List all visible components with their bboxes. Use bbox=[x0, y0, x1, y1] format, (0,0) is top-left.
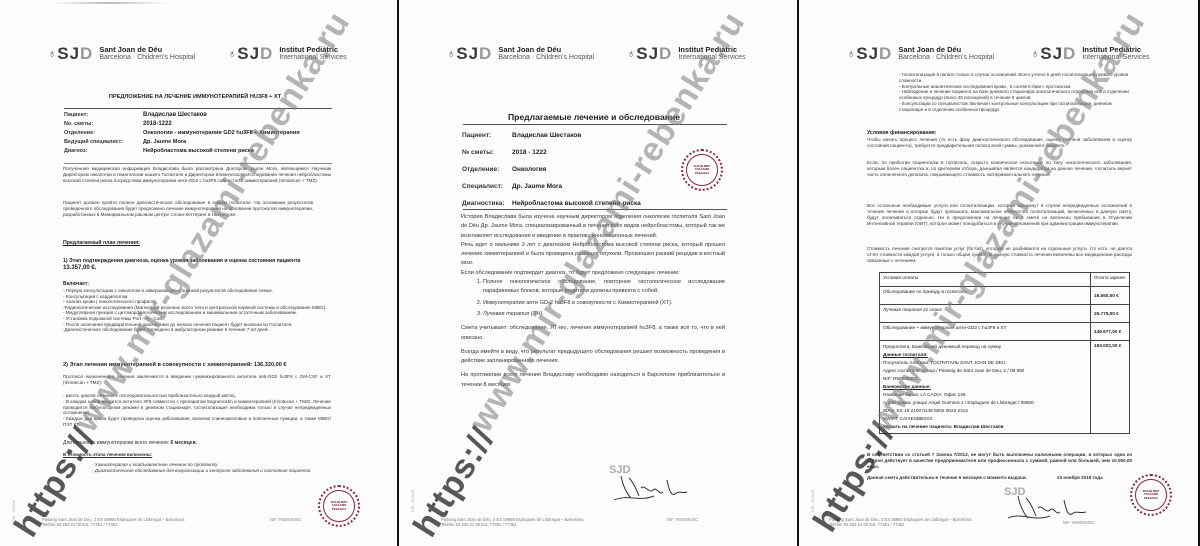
forfait-paragraph: Стоимость лечения считается пакетом услу… bbox=[867, 246, 1132, 264]
footer-nif: NIF: R5800645C bbox=[667, 517, 698, 522]
side-tag: SJD · 10/2018 bbox=[411, 490, 415, 512]
field-row: Диагноз:Нейробластома высокой степени ри… bbox=[64, 148, 300, 157]
footer-address: Passeig Sant Joan de Déu, 2 ES 08950 Esp… bbox=[441, 517, 583, 527]
includes-list: - Первую консультацию с онкологом и заве… bbox=[63, 288, 331, 333]
plan-heading: Предлагаемый план лечения: bbox=[63, 240, 140, 246]
sjd-logo-left: ♁ SJD Sant Joan de Déu Barcelona · Child… bbox=[847, 44, 994, 64]
stage2-items: - Шесть циклов лечения с последовательно… bbox=[63, 393, 331, 428]
sjd-emblem-icon: ♁ bbox=[48, 48, 56, 60]
patient-fields: Пациент:Владислав Шестаков № сметы:2018 … bbox=[462, 127, 641, 212]
payment-table: Условия оплаты: Оплата заранее Обследова… bbox=[879, 272, 1130, 434]
signature-scribble-icon bbox=[609, 466, 699, 506]
institute-sub: International Services bbox=[279, 54, 346, 62]
footer-nif: NIF: R5800645C bbox=[1063, 520, 1094, 525]
field-row: Отделение:Онкологии - иммунотерапия GD2 … bbox=[64, 130, 300, 139]
document-page-2: ♁ SJD Sant Joan de Déu Barcelona · Child… bbox=[399, 0, 797, 546]
sjd-emblem-icon: ♁ bbox=[847, 48, 855, 60]
page-title: ПРЕДЛОЖЕНИЕ НА ЛЕЧЕНИЕ ИММУНОТЕРАПИЕЙ HU… bbox=[60, 94, 330, 100]
intro-paragraph: Полученная медицинская информация Владис… bbox=[63, 166, 331, 184]
footer-nif: NIF: R5800645C bbox=[270, 517, 301, 522]
hospital-name: Sant Joan de Déu bbox=[99, 46, 195, 54]
footer-address: Passeig Sant Joan de Déu, 2 ES 08950 Esp… bbox=[829, 517, 971, 527]
sjd-logo-right: ♁ SJD Institut Pediàtric International S… bbox=[1031, 44, 1150, 64]
table-row-prepayment: Предоплата. Банковский денежный перевод … bbox=[879, 340, 1130, 434]
treatment-list: Полное онкологическое обследование, повт… bbox=[461, 278, 725, 319]
table-row: Обследование по приезду в госпиталь 16.5… bbox=[879, 286, 1130, 304]
sjd-logo-right: ♁ SJD Institut Pediàtric International S… bbox=[228, 44, 347, 64]
issue-date: 23 ноября 2018 года bbox=[1057, 475, 1137, 481]
field-row: Отделение:Онкология bbox=[462, 161, 641, 178]
divider bbox=[64, 163, 332, 164]
hospital-sub: Barcelona · Children's Hospital bbox=[99, 54, 195, 62]
diagnostic-paragraph: Пациент должен пройти полное диагностиче… bbox=[63, 200, 313, 218]
stage1-title: 1) Этап подтверждения диагноза, оценка у… bbox=[63, 258, 331, 264]
side-tag: SJD · 10/2018 bbox=[12, 500, 16, 522]
page-title: Предлагаемые лечение и обследование bbox=[459, 112, 729, 122]
field-row: No. сметы:2018-1222 bbox=[64, 121, 300, 130]
trial-paragraph: Если, по прибытии пациента/ки в госпитал… bbox=[867, 160, 1132, 178]
field-row: Пациент:Владислав Шестаков bbox=[64, 112, 300, 121]
divider bbox=[463, 209, 727, 210]
duration-line: Длительность иммунотерапии всего лечения… bbox=[63, 440, 331, 446]
cost-included-heading: В стоимость этапа лечения включены: bbox=[63, 452, 331, 458]
page-separator bbox=[397, 0, 399, 546]
table-row: Обследование + иммунотерапия анти-GD2 с … bbox=[879, 322, 1130, 340]
extra-costs-paragraph: Все остальные необходимые услуги или гос… bbox=[867, 203, 1132, 227]
body-text: История Владислава была изучена научным … bbox=[461, 213, 725, 390]
divider bbox=[463, 124, 727, 125]
scan-shadow bbox=[50, 2, 170, 4]
institute-name: Institut Pediàtric bbox=[279, 46, 346, 54]
patient-fields: Пациент:Владислав Шестаков No. сметы:201… bbox=[64, 112, 300, 157]
field-row: Ведущий специалист:Др. Jaume Mora bbox=[64, 139, 300, 148]
stage1-price: 13.357,00 €. bbox=[63, 265, 96, 271]
sjd-logo-left: ♁ SJD Sant Joan de Déu Barcelona · Child… bbox=[48, 44, 195, 64]
sjd-emblem-icon: ♁ bbox=[627, 48, 635, 60]
validity-note: Данная смета действительна в течение 6 м… bbox=[867, 475, 1047, 481]
sjd-logo-right: ♁ SJD Institut Pediàtric International S… bbox=[627, 44, 746, 64]
stage2-title: 2) Этап лечения иммунотерапией в совокуп… bbox=[63, 362, 287, 368]
sjd-logo-left: ♁ SJD Sant Joan de Déu Barcelona · Child… bbox=[447, 44, 594, 64]
funding-paragraph: Чтобы начать процесс лечения (то есть фа… bbox=[867, 137, 1132, 149]
charity-stamp: ФОНД МИР ГЛАЗАМИ РЕБЕНКА bbox=[1130, 474, 1172, 516]
table-row: Лучевая терапия 21 сеанс 26.775,00 € bbox=[879, 304, 1130, 322]
sjd-emblem-icon: ♁ bbox=[447, 48, 455, 60]
document-page-1: ♁ SJD Sant Joan de Déu Barcelona · Child… bbox=[0, 0, 397, 546]
stage2-intro: Протокол назначенного лечения заключаетс… bbox=[63, 374, 331, 386]
page-separator bbox=[797, 0, 799, 546]
table-header: Условия оплаты: Оплата заранее bbox=[879, 272, 1130, 286]
services-list: - Госпитализация в палате только в случа… bbox=[899, 72, 1131, 113]
charity-stamp: ФОНД МИР ГЛАЗАМИ РЕБЕНКА bbox=[681, 149, 723, 191]
charity-stamp: ФОНД МИР ГЛАЗАМИ РЕБЕНКА bbox=[318, 485, 360, 527]
funding-heading: Условия финансирования: bbox=[867, 130, 936, 136]
sjd-emblem-icon: ♁ bbox=[228, 48, 236, 60]
footer-address: Passeig Sant Joan de Déu, 2 ES 08950 Esp… bbox=[42, 517, 184, 527]
includes-label: Включает: bbox=[63, 281, 89, 287]
document-page-3: ♁ SJD Sant Joan de Déu Barcelona · Child… bbox=[799, 0, 1200, 546]
field-row: Специалист:Др. Jaume Mora bbox=[462, 178, 641, 195]
cost-included-list: - Химиотерапия и коадъювантное лечение п… bbox=[92, 462, 330, 474]
side-tag: SJD · 10/2018 bbox=[811, 490, 815, 512]
signature: SJD bbox=[609, 460, 699, 510]
law-note: В соответствии со статьей 7 Закона 7/201… bbox=[867, 452, 1132, 470]
sjd-emblem-icon: ♁ bbox=[1031, 48, 1039, 60]
divider bbox=[64, 108, 332, 109]
field-row: № сметы:2018 - 1222 bbox=[462, 144, 641, 161]
field-row: Пациент:Владислав Шестаков bbox=[462, 127, 641, 144]
